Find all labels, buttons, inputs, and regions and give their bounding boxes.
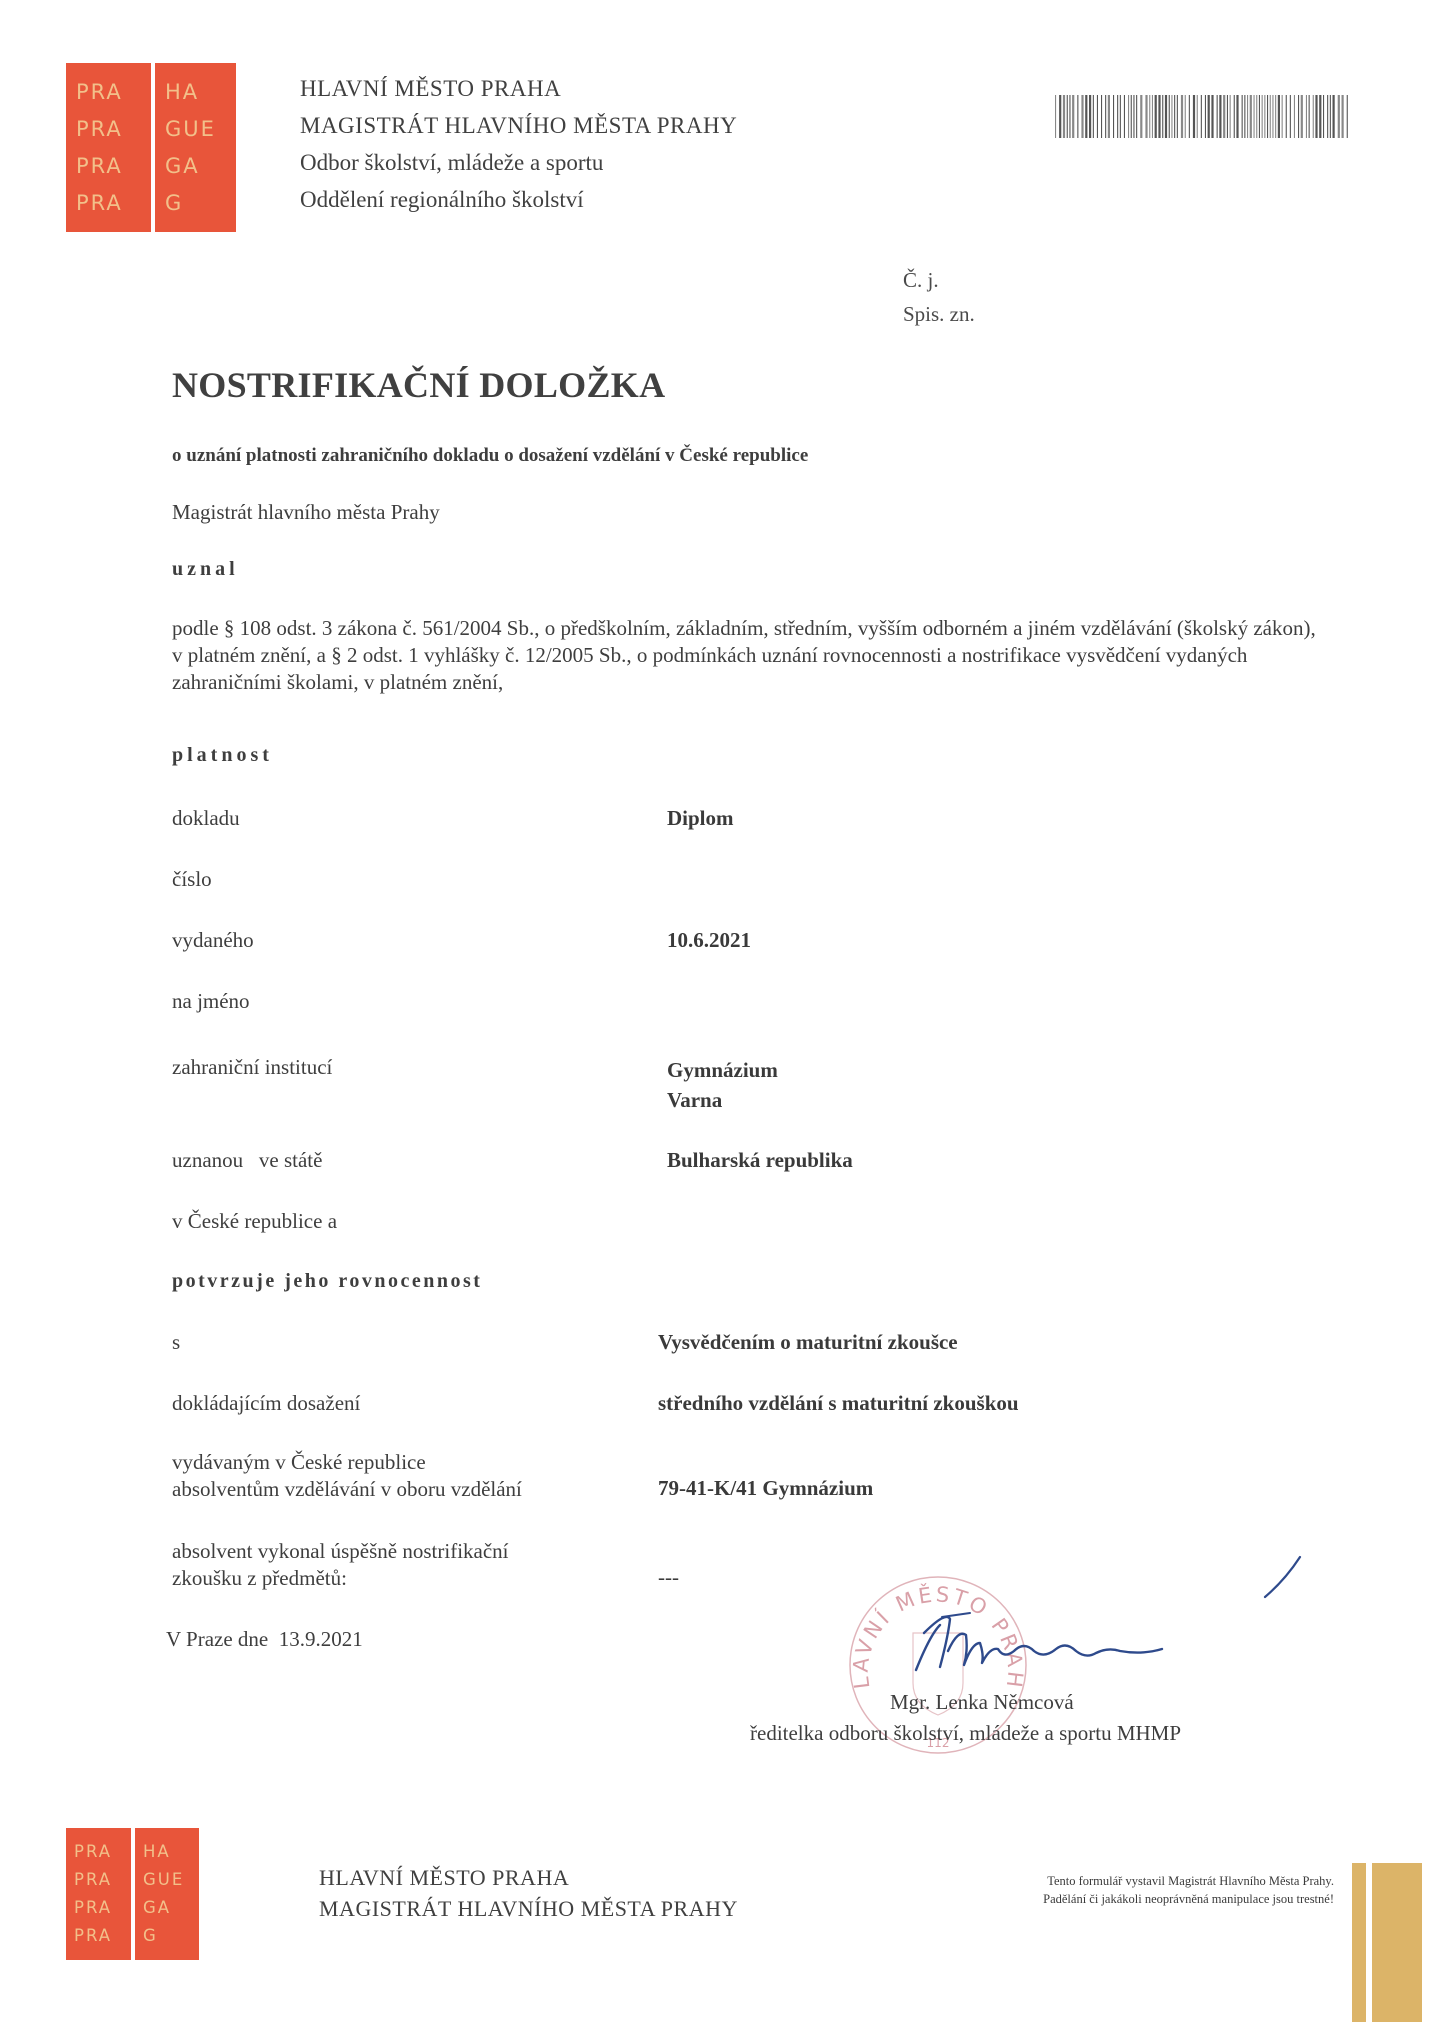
- recognized-heading: uznal: [172, 558, 239, 581]
- number-label: číslo: [172, 867, 212, 892]
- doc-label: dokladu: [172, 806, 240, 831]
- footer-prague-logo: PRA PRA PRA PRA HA GUE GA G: [66, 1828, 199, 1960]
- state-label: uznanou ve státě: [172, 1148, 322, 1173]
- validity-heading: platnost: [172, 744, 273, 767]
- in-czech-republic: v České republice a: [172, 1209, 337, 1234]
- logo-left-column: PRA PRA PRA PRA: [66, 63, 151, 232]
- footer-logo-left-column: PRA PRA PRA PRA: [66, 1828, 131, 1960]
- document-title: NOSTRIFIKAČNÍ DOLOŽKA: [172, 364, 665, 406]
- footer-logo-right-column: HA GUE GA G: [135, 1828, 199, 1960]
- security-strip-narrow: [1352, 1863, 1366, 2022]
- place-date: V Praze dne 13.9.2021: [166, 1627, 363, 1652]
- logo-right-column: HA GUE GA G: [155, 63, 236, 232]
- legal-basis: podle § 108 odst. 3 zákona č. 561/2004 S…: [172, 615, 1322, 696]
- handwritten-signature: [880, 1555, 1320, 1685]
- footer-city: HLAVNÍ MĚSTO PRAHA: [319, 1862, 738, 1893]
- proving-label: dokládajícím dosažení: [172, 1391, 360, 1416]
- reference-cj-label: Č. j.: [903, 263, 975, 297]
- institution-label: zahraniční institucí: [172, 1055, 332, 1080]
- footer-header: HLAVNÍ MĚSTO PRAHA MAGISTRÁT HLAVNÍHO MĚ…: [319, 1862, 738, 1924]
- institution-value: Gymnázium Varna: [667, 1055, 778, 1115]
- header-section: Oddělení regionálního školství: [300, 181, 737, 218]
- confirms-heading: potvrzuje jeho rovnocennost: [172, 1270, 482, 1293]
- issued-label: vydaného: [172, 928, 254, 953]
- prague-logo: PRA PRA PRA PRA HA GUE GA G: [66, 63, 236, 232]
- state-value: Bulharská republika: [667, 1148, 853, 1173]
- barcode: [1053, 95, 1352, 138]
- header-block: HLAVNÍ MĚSTO PRAHA MAGISTRÁT HLAVNÍHO MĚ…: [300, 70, 737, 218]
- reference-block: Č. j. Spis. zn.: [903, 263, 975, 331]
- exam-label: absolvent vykonal úspěšně nostrifikační …: [172, 1538, 509, 1592]
- footer-warning: Tento formulář vystavil Magistrát Hlavní…: [1043, 1872, 1334, 1908]
- reference-spis-label: Spis. zn.: [903, 297, 975, 331]
- security-strip-wide: [1372, 1863, 1422, 2022]
- doc-value: Diplom: [667, 806, 734, 831]
- issued-in-cr-label: vydávaným v České republice absolventům …: [172, 1449, 522, 1503]
- proving-value: středního vzdělání s maturitní zkouškou: [658, 1391, 1019, 1416]
- signatory-role: ředitelka odboru školství, mládeže a spo…: [750, 1721, 1181, 1746]
- document-subtitle: o uznání platnosti zahraničního dokladu …: [172, 445, 808, 467]
- field-of-study-value: 79-41-K/41 Gymnázium: [658, 1476, 873, 1501]
- header-city: HLAVNÍ MĚSTO PRAHA: [300, 70, 737, 107]
- with-label: s: [172, 1330, 180, 1355]
- header-magistrate: MAGISTRÁT HLAVNÍHO MĚSTA PRAHY: [300, 107, 737, 144]
- signatory-name: Mgr. Lenka Němcová: [890, 1690, 1074, 1715]
- name-label: na jméno: [172, 989, 250, 1014]
- header-department: Odbor školství, mládeže a sportu: [300, 144, 737, 181]
- with-value: Vysvědčením o maturitní zkoušce: [658, 1330, 958, 1355]
- exam-value: ---: [658, 1565, 679, 1590]
- footer-magistrate: MAGISTRÁT HLAVNÍHO MĚSTA PRAHY: [319, 1893, 738, 1924]
- issued-value: 10.6.2021: [667, 928, 751, 953]
- issuer: Magistrát hlavního města Prahy: [172, 500, 440, 525]
